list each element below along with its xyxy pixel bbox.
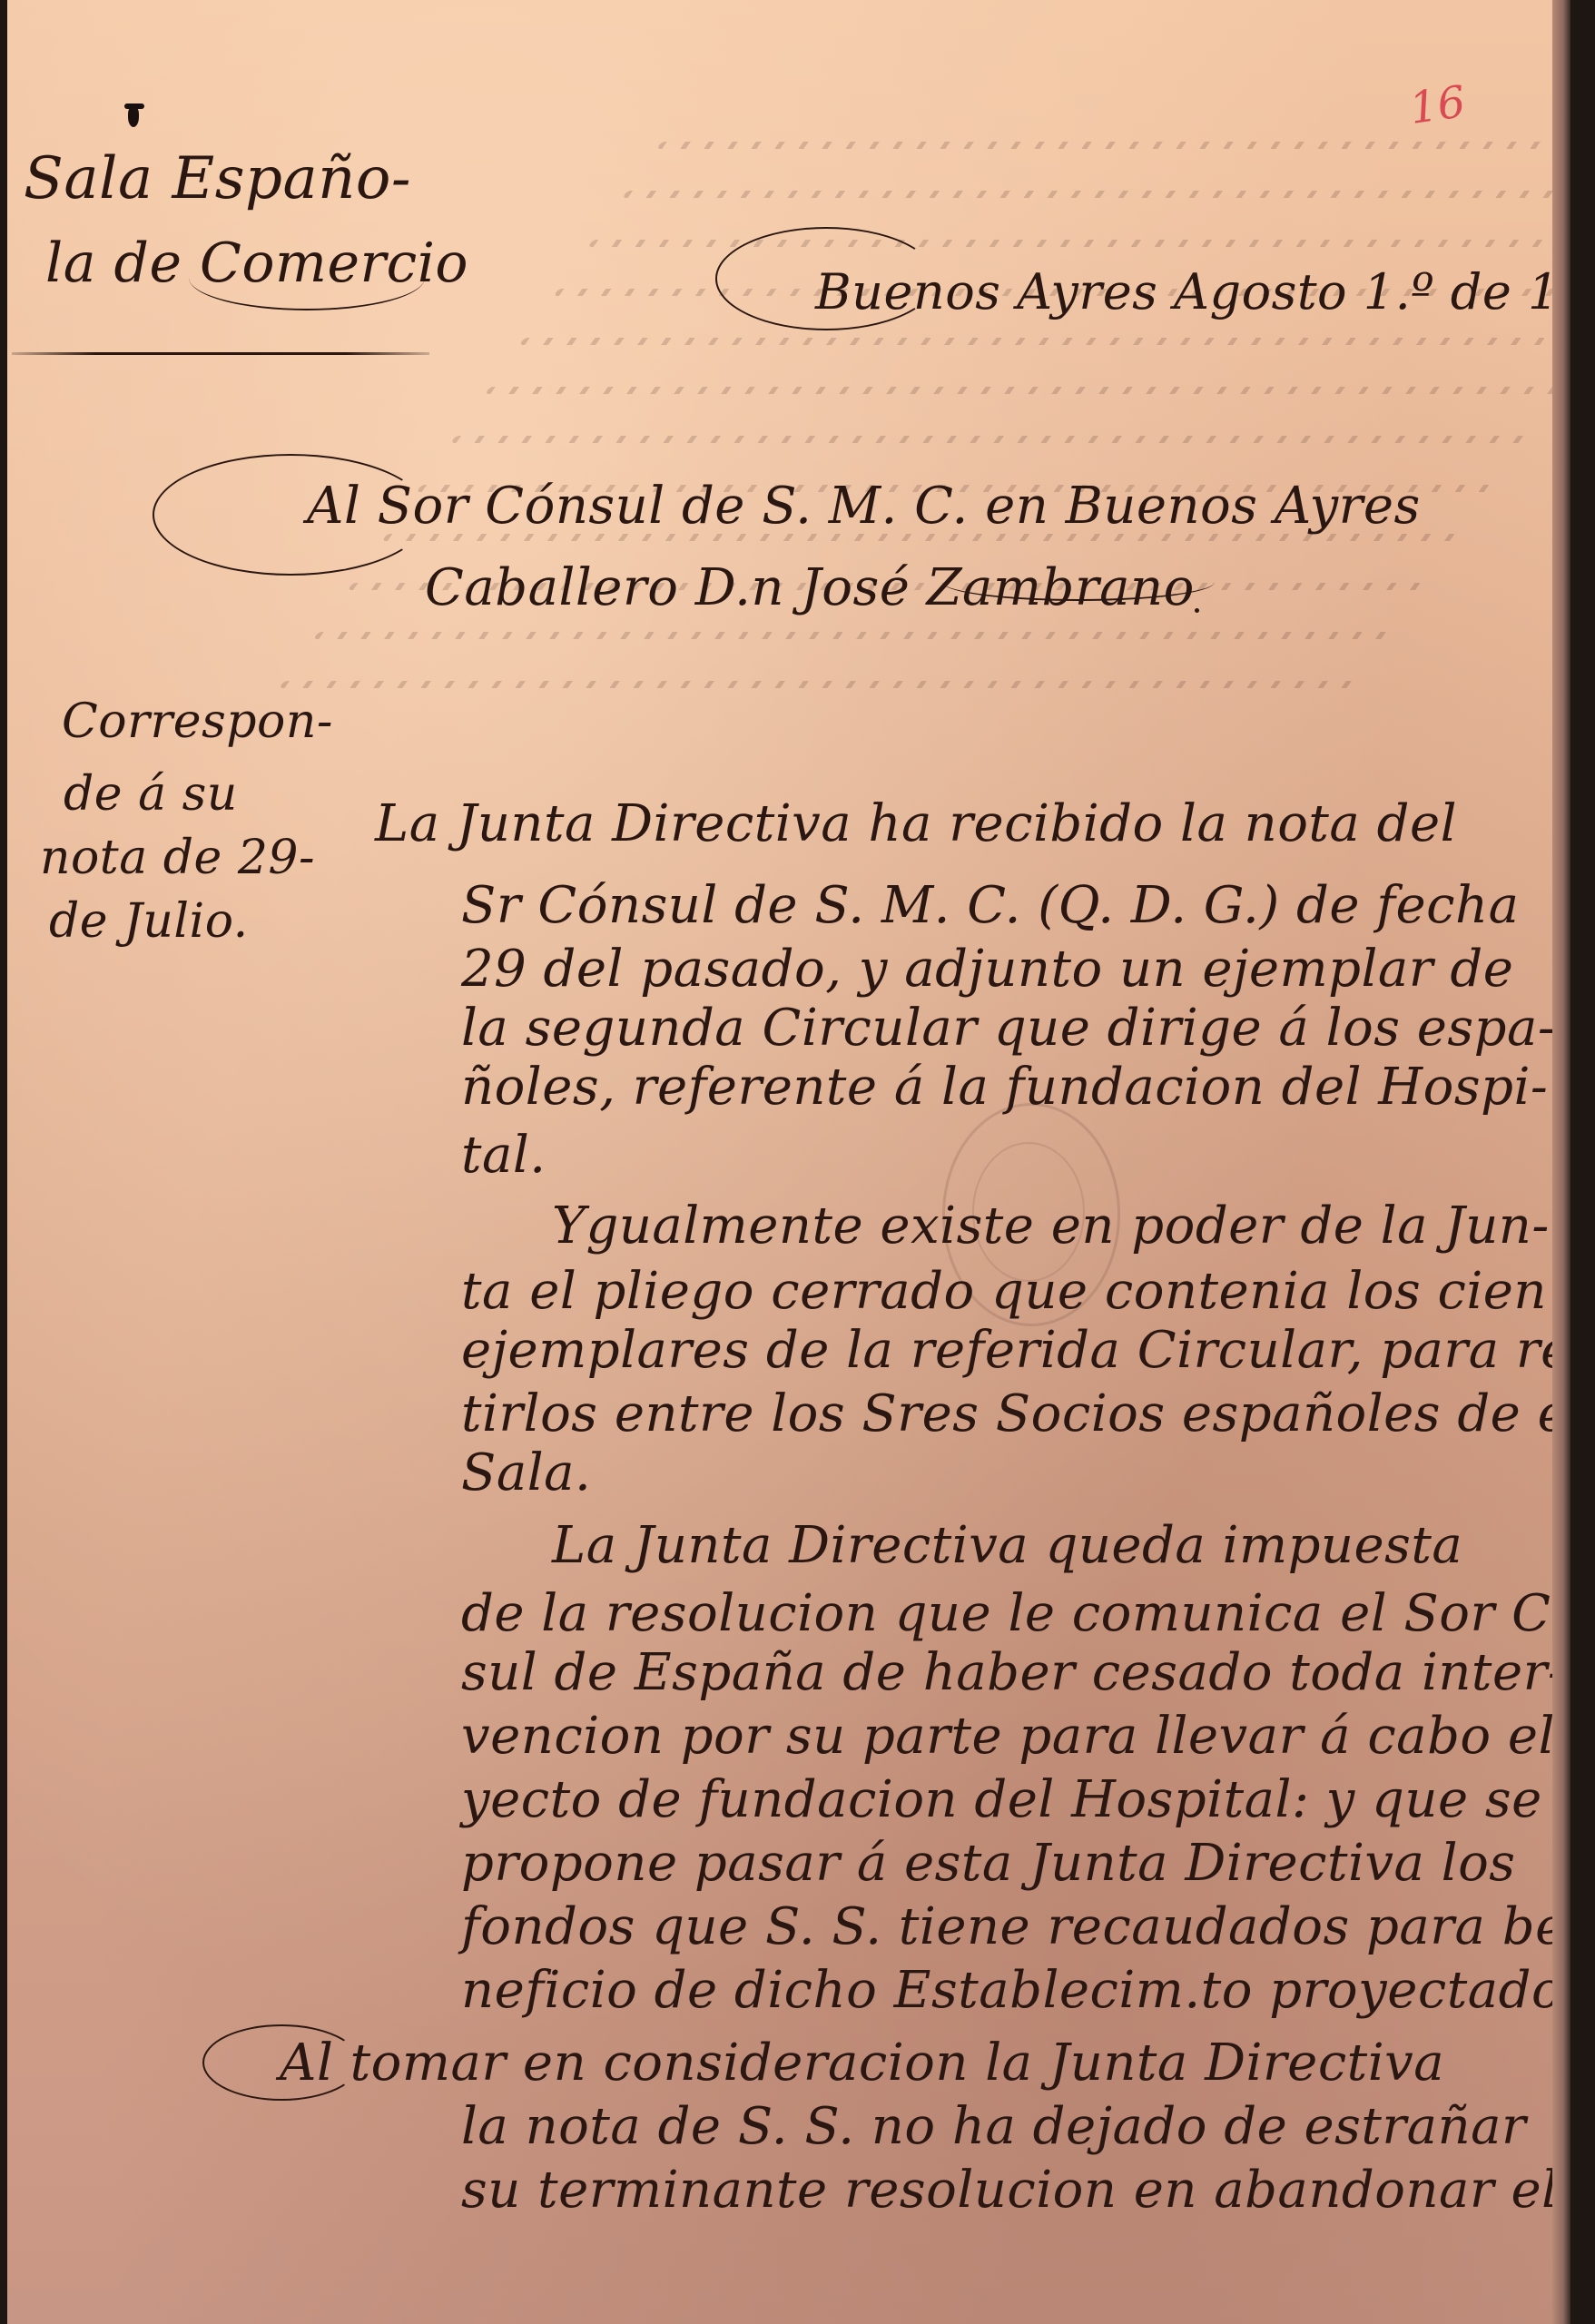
body-line-16: yecto de fundacion del Hospital: y que s… bbox=[461, 1770, 1542, 1829]
body-line-12: La Junta Directiva queda impuesta bbox=[552, 1516, 1462, 1575]
ghost-line bbox=[519, 338, 1570, 345]
body-line-1: La Junta Directiva ha recibido la nota d… bbox=[375, 794, 1457, 853]
body-line-3: 29 del pasado, y adjunto un ejemplar de bbox=[461, 940, 1513, 999]
body-line-21: la nota de S. S. no ha dejado de estraña… bbox=[461, 2097, 1526, 2156]
place-date: Buenos Ayres Agosto 1.º de 1854 bbox=[815, 263, 1570, 320]
body-line-7: Ygualmente existe en poder de la Jun- bbox=[552, 1196, 1550, 1256]
ghost-line bbox=[313, 632, 1390, 639]
margin-note-line-1: Correspon- bbox=[62, 694, 333, 749]
ghost-line bbox=[588, 240, 1570, 247]
ghost-line bbox=[450, 436, 1527, 443]
ghost-line bbox=[279, 681, 1355, 688]
body-line-13: de la resolucion que le comunica el Sor … bbox=[461, 1584, 1570, 1643]
page-edge bbox=[1552, 0, 1570, 2324]
ghost-line bbox=[622, 191, 1570, 198]
body-line-8: ta el pliego cerrado que contenia los ci… bbox=[461, 1262, 1547, 1321]
body-line-18: fondos que S. S. tiene recaudados para b… bbox=[461, 1897, 1570, 1956]
body-line-11: Sala. bbox=[461, 1443, 591, 1502]
body-line-20: Al tomar en consideracion la Junta Direc… bbox=[280, 2033, 1444, 2093]
body-line-4: la segunda Circular que dirige á los esp… bbox=[461, 999, 1555, 1058]
body-line-5: ñoles, referente á la fundacion del Hosp… bbox=[461, 1058, 1548, 1117]
letterhead-line-1: Sala Españo- bbox=[24, 145, 411, 212]
folio-number: 16 bbox=[1406, 76, 1468, 134]
addressee-underline-flourish bbox=[942, 563, 1215, 601]
margin-note-line-4: de Julio. bbox=[49, 894, 249, 949]
ghost-line bbox=[656, 142, 1570, 149]
body-line-10: tirlos entre los Sres Socios españoles d… bbox=[461, 1384, 1570, 1443]
body-line-17: propone pasar á esta Junta Directiva los bbox=[461, 1834, 1516, 1893]
margin-note-line-2: de á su bbox=[64, 767, 238, 822]
body-line-14: sul de España de haber cesado toda inter… bbox=[461, 1643, 1565, 1702]
margin-note-line-3: nota de 29- bbox=[40, 831, 315, 885]
body-line-6: tal. bbox=[461, 1126, 546, 1185]
ghost-line bbox=[485, 387, 1561, 394]
ink-blot-mark bbox=[128, 107, 139, 127]
addressee-line-1: Al Sor Cónsul de S. M. C. en Buenos Ayre… bbox=[307, 477, 1421, 536]
body-line-19: neficio de dicho Establecim.to proyectad… bbox=[461, 1961, 1570, 2020]
body-line-22: su terminante resolucion en abandonar el bbox=[461, 2161, 1559, 2220]
letterhead-flourish bbox=[189, 245, 425, 310]
manuscript-page: 16 Sala Españo- la de Comercio Buenos Ay… bbox=[7, 0, 1570, 2324]
body-line-9: ejemplares de la referida Circular, para… bbox=[461, 1321, 1570, 1380]
letterhead-rule bbox=[12, 352, 429, 355]
ink-speck bbox=[1195, 608, 1199, 613]
body-line-15: vencion por su parte para llevar á cabo … bbox=[461, 1707, 1570, 1766]
body-line-2: Sr Cónsul de S. M. C. (Q. D. G.) de fech… bbox=[461, 876, 1519, 935]
